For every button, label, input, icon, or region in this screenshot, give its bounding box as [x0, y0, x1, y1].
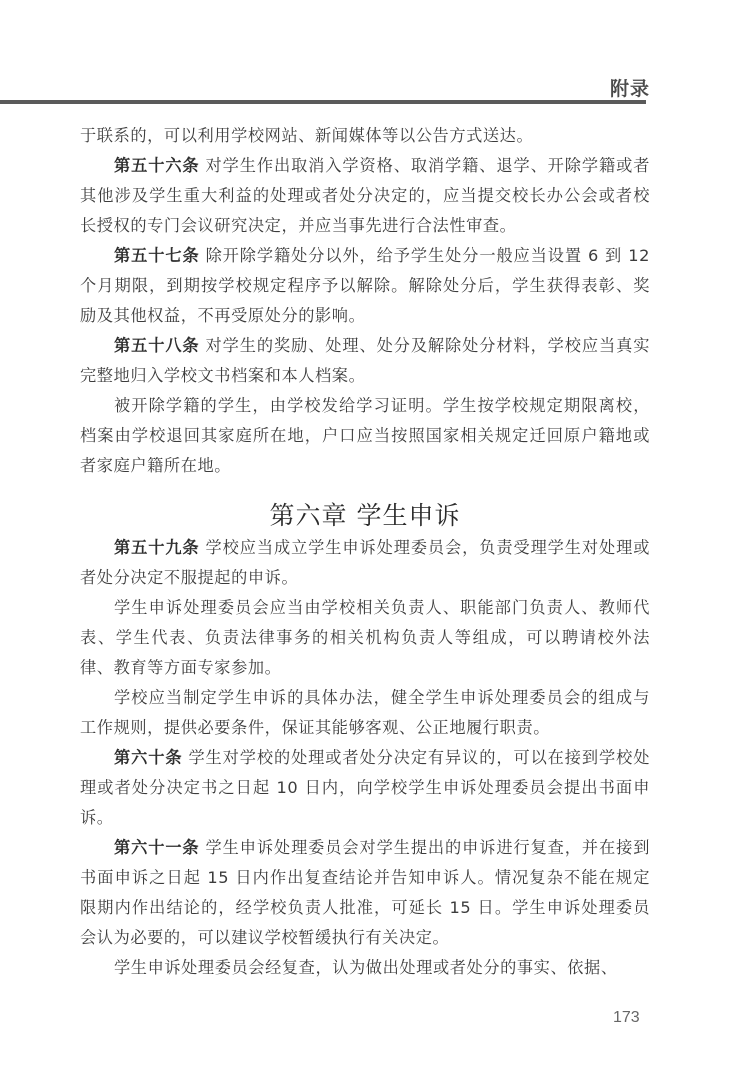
article-58: 第五十八条对学生的奖励、处理、处分及解除处分材料，学校应当真实完整地归入学校文书… — [80, 331, 650, 391]
paragraph-text: 学生申诉处理委员会经复查，认为做出处理或者处分的事实、依据、 — [114, 958, 618, 977]
article-60: 第六十条学生对学校的处理或者处分决定有异议的，可以在接到学校处理或者处分决定书之… — [80, 743, 650, 833]
paragraph-text: 于联系的，可以利用学校网站、新闻媒体等以公告方式送达。 — [80, 126, 533, 145]
article-58-paragraph-2: 被开除学籍的学生，由学校发给学习证明。学生按学校规定期限离校，档案由学校退回其家… — [80, 391, 650, 481]
article-59: 第五十九条学校应当成立学生申诉处理委员会，负责受理学生对处理或者处分决定不服提起… — [80, 533, 650, 593]
running-header-section-label: 附录 — [600, 74, 650, 101]
page-number: 173 — [613, 1009, 640, 1027]
article-57: 第五十七条除开除学籍处分以外，给予学生处分一般应当设置 6 到 12 个月期限，… — [80, 241, 650, 331]
article-number: 第六十条 — [114, 748, 182, 767]
article-number: 第六十一条 — [114, 838, 200, 857]
article-61-paragraph-2: 学生申诉处理委员会经复查，认为做出处理或者处分的事实、依据、 — [80, 953, 650, 983]
article-59-paragraph-2: 学生申诉处理委员会应当由学校相关负责人、职能部门负责人、教师代表、学生代表、负责… — [80, 593, 650, 683]
page-body: 于联系的，可以利用学校网站、新闻媒体等以公告方式送达。 第五十六条对学生作出取消… — [80, 121, 650, 983]
header-divider-rule — [0, 100, 646, 104]
article-61: 第六十一条学生申诉处理委员会对学生提出的申诉进行复查，并在接到书面申诉之日起 1… — [80, 833, 650, 953]
article-number: 第五十七条 — [114, 246, 200, 265]
paragraph-text: 学生申诉处理委员会应当由学校相关负责人、职能部门负责人、教师代表、学生代表、负责… — [80, 598, 650, 677]
article-59-paragraph-3: 学校应当制定学生申诉的具体办法，健全学生申诉处理委员会的组成与工作规则，提供必要… — [80, 683, 650, 743]
article-56: 第五十六条对学生作出取消入学资格、取消学籍、退学、开除学籍或者其他涉及学生重大利… — [80, 151, 650, 241]
chapter-title: 第六章 学生申诉 — [80, 499, 650, 533]
paragraph-text: 被开除学籍的学生，由学校发给学习证明。学生按学校规定期限离校，档案由学校退回其家… — [80, 396, 650, 475]
paragraph-text: 学校应当制定学生申诉的具体办法，健全学生申诉处理委员会的组成与工作规则，提供必要… — [80, 688, 650, 737]
article-number: 第五十六条 — [114, 156, 200, 175]
paragraph-continuation: 于联系的，可以利用学校网站、新闻媒体等以公告方式送达。 — [80, 121, 650, 151]
article-number: 第五十九条 — [114, 538, 200, 557]
article-number: 第五十八条 — [114, 336, 200, 355]
